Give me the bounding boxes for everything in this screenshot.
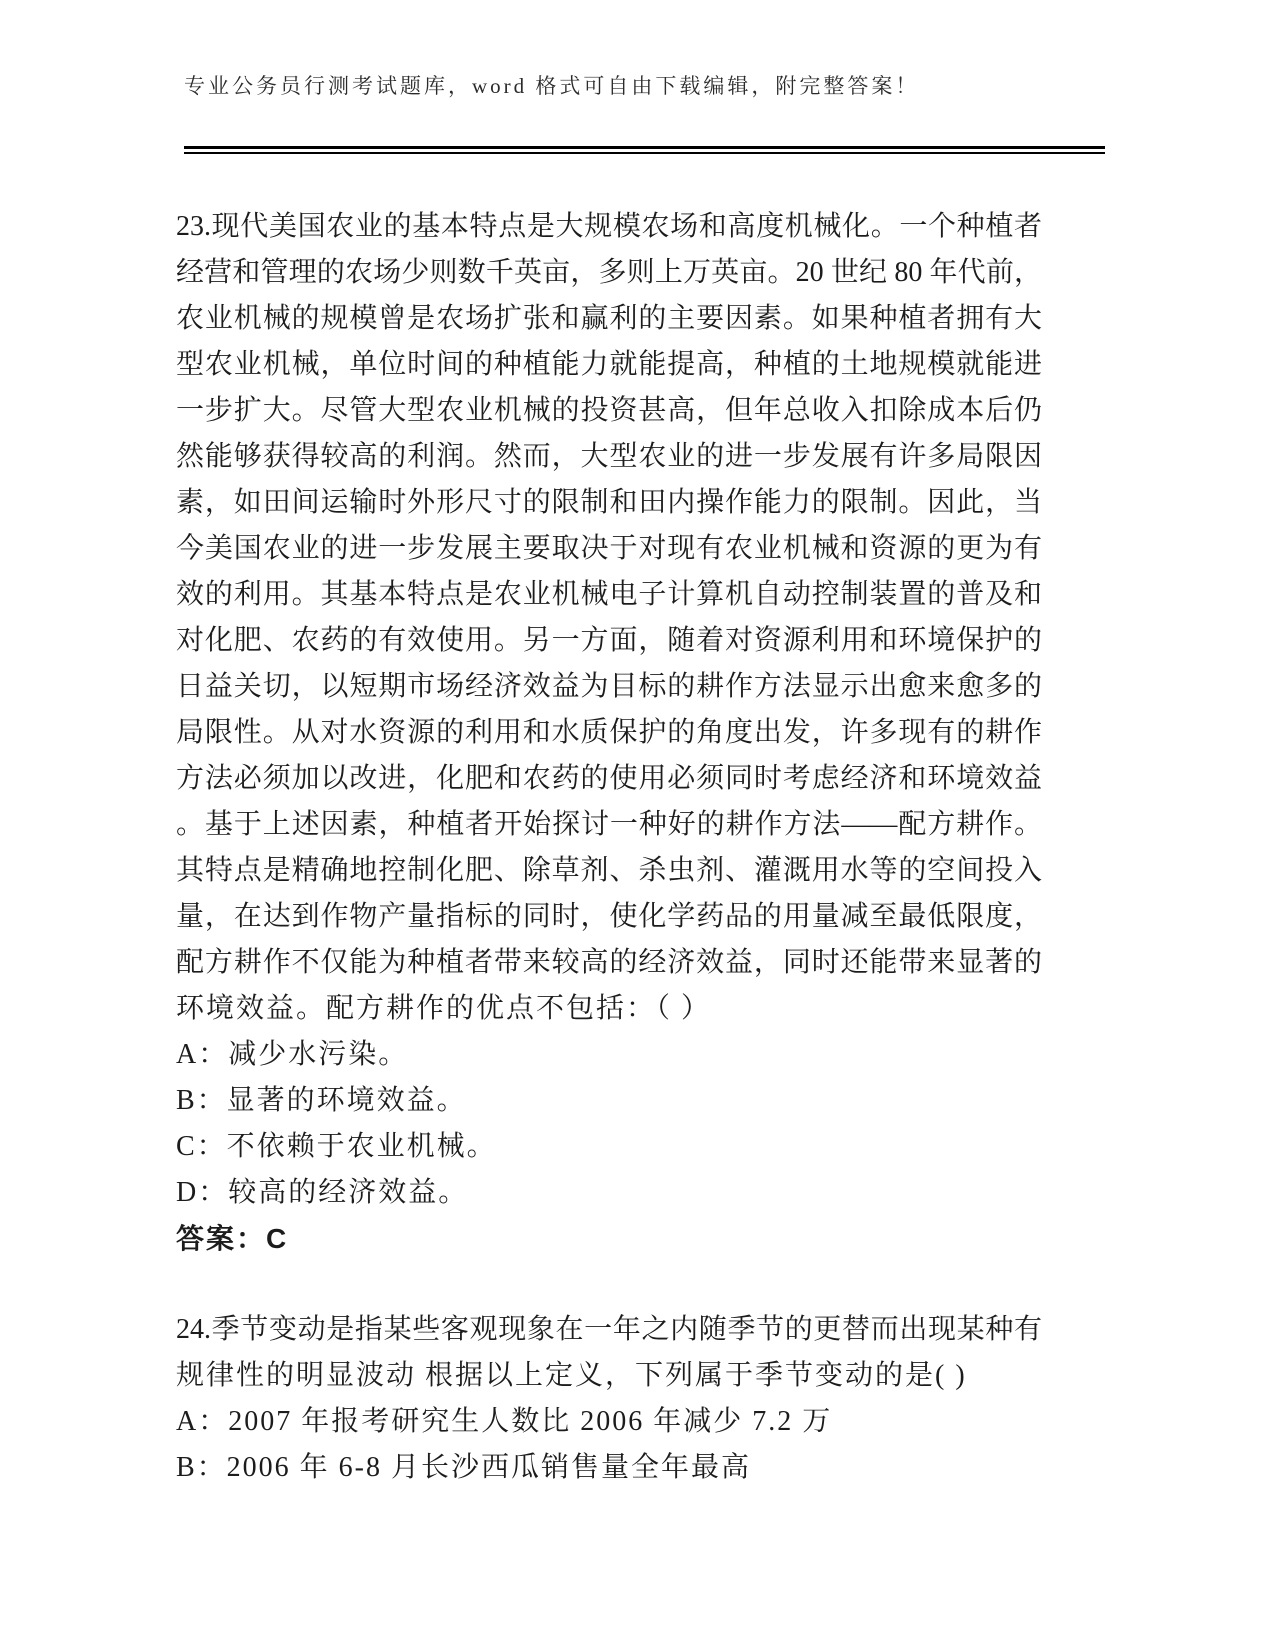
stem-line: 然能够获得较高的利润。然而，大型农业的进一步发展有许多局限因	[176, 434, 1042, 480]
question-23-stem: 23.现代美国农业的基本特点是大规模农场和高度机械化。一个种植者 经营和管理的农…	[176, 204, 1042, 1032]
question-24: 24.季节变动是指某些客观现象在一年之内随季节的更替而出现某种有 规律性的明显波…	[176, 1307, 1042, 1491]
stem-line: 。基于上述因素，种植者开始探讨一种好的耕作方法——配方耕作。	[176, 802, 1042, 848]
stem-line: 素，如田间运输时外形尺寸的限制和田内操作能力的限制。因此，当	[176, 480, 1042, 526]
header-rule	[184, 146, 1105, 154]
stem-line: 规律性的明显波动 根据以上定义，下列属于季节变动的是( )	[176, 1353, 1042, 1399]
stem-line: 农业机械的规模曾是农场扩张和赢利的主要因素。如果种植者拥有大	[176, 296, 1042, 342]
q23-answer: 答案：C	[176, 1216, 1042, 1262]
stem-line: 23.现代美国农业的基本特点是大规模农场和高度机械化。一个种植者	[176, 204, 1042, 250]
stem-line: 24.季节变动是指某些客观现象在一年之内随季节的更替而出现某种有	[176, 1307, 1042, 1353]
question-24-stem: 24.季节变动是指某些客观现象在一年之内随季节的更替而出现某种有 规律性的明显波…	[176, 1307, 1042, 1399]
stem-line: 一步扩大。尽管大型农业机械的投资甚高，但年总收入扣除成本后仍	[176, 388, 1042, 434]
q23-option-b: B：显著的环境效益。	[176, 1078, 1042, 1124]
stem-line: 配方耕作不仅能为种植者带来较高的经济效益，同时还能带来显著的	[176, 940, 1042, 986]
stem-line: 对化肥、农药的有效使用。另一方面，随着对资源利用和环境保护的	[176, 618, 1042, 664]
stem-line: 效的利用。其基本特点是农业机械电子计算机自动控制装置的普及和	[176, 572, 1042, 618]
q24-option-b: B：2006 年 6-8 月长沙西瓜销售量全年最高	[176, 1445, 1042, 1491]
q23-option-a: A：减少水污染。	[176, 1032, 1042, 1078]
stem-line: 环境效益。配方耕作的优点不包括：（ ）	[176, 986, 1042, 1032]
header-notice: 专业公务员行测考试题库，word 格式可自由下载编辑，附完整答案！	[184, 70, 954, 100]
stem-line: 日益关切，以短期市场经济效益为目标的耕作方法显示出愈来愈多的	[176, 664, 1042, 710]
stem-line: 局限性。从对水资源的利用和水质保护的角度出发，许多现有的耕作	[176, 710, 1042, 756]
stem-line: 量，在达到作物产量指标的同时，使化学药品的用量减至最低限度，	[176, 894, 1042, 940]
stem-line: 方法必须加以改进，化肥和农药的使用必须同时考虑经济和环境效益	[176, 756, 1042, 802]
question-23: 23.现代美国农业的基本特点是大规模农场和高度机械化。一个种植者 经营和管理的农…	[176, 204, 1042, 1262]
stem-line: 其特点是精确地控制化肥、除草剂、杀虫剂、灌溉用水等的空间投入	[176, 848, 1042, 894]
q23-option-c: C：不依赖于农业机械。	[176, 1124, 1042, 1170]
stem-line: 今美国农业的进一步发展主要取决于对现有农业机械和资源的更为有	[176, 526, 1042, 572]
q23-option-d: D：较高的经济效益。	[176, 1170, 1042, 1216]
stem-line: 经营和管理的农场少则数千英亩，多则上万英亩。20 世纪 80 年代前，	[176, 250, 1042, 296]
page-content: 23.现代美国农业的基本特点是大规模农场和高度机械化。一个种植者 经营和管理的农…	[176, 204, 1042, 1491]
stem-line: 型农业机械，单位时间的种植能力就能提高，种植的土地规模就能进	[176, 342, 1042, 388]
q24-option-a: A：2007 年报考研究生人数比 2006 年减少 7.2 万	[176, 1399, 1042, 1445]
document-page: 专业公务员行测考试题库，word 格式可自由下载编辑，附完整答案！ 23.现代美…	[0, 0, 1275, 1650]
